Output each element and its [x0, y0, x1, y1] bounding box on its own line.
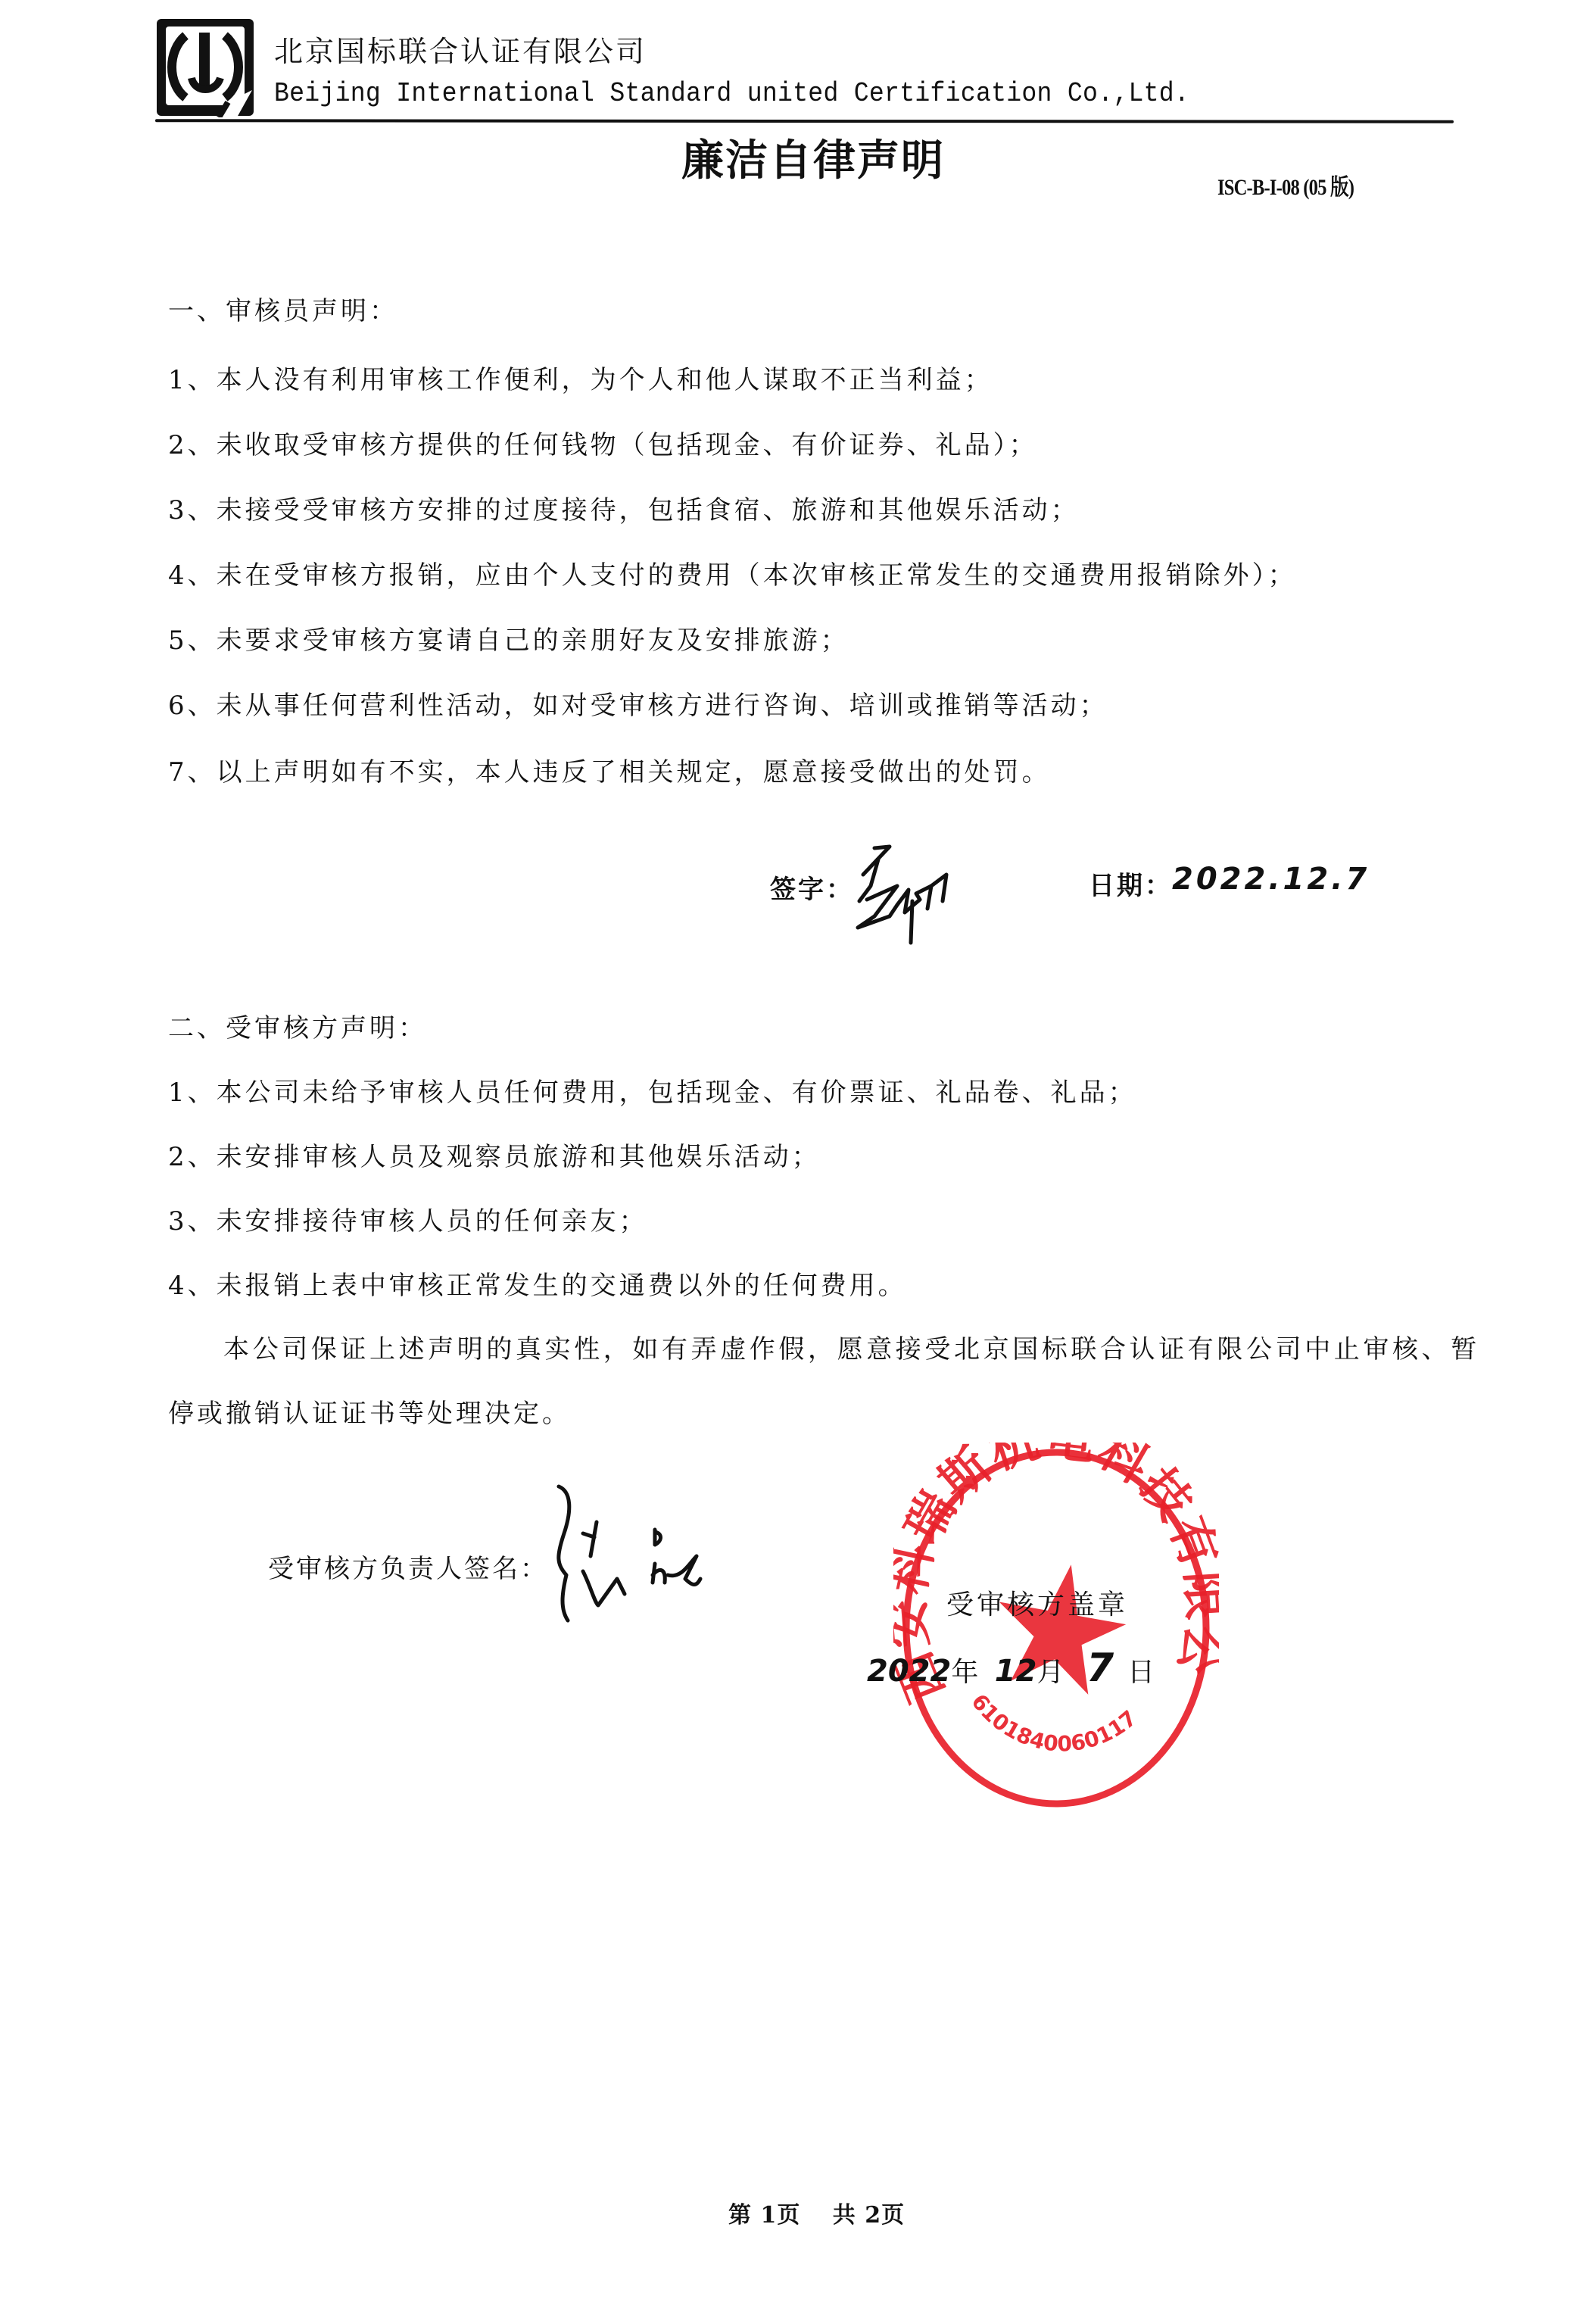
auditor-item: 6、未从事任何营利性活动，如对受审核方进行咨询、培训或推销等活动；	[168, 689, 1108, 722]
page-number: 第 1页 共 2页	[728, 2201, 905, 2231]
stamp-date: 2022年 12月 7日	[867, 1649, 1155, 1692]
handwritten-signature-icon	[553, 1480, 727, 1632]
isc-logo-icon	[155, 17, 255, 117]
auditee-section-heading: 二、受审核方声明：	[168, 1012, 427, 1045]
svg-text:6101840060117: 6101840060117	[967, 1689, 1142, 1757]
red-company-seal-icon: 西安科瑞斯机电科技有限公司 6101840060117	[893, 1443, 1219, 1814]
auditor-section-heading: 一、审核员声明：	[168, 295, 398, 328]
auditor-item: 5、未要求受审核方宴请自己的亲朋好友及安排旅游；	[168, 624, 849, 657]
stamp-date-month: 12	[995, 1654, 1037, 1689]
auditor-item: 4、未在受审核方报销，应由个人支付的费用（本次审核正常发生的交通费用报销除外）；	[168, 559, 1297, 592]
auditee-item: 3、未安排接待审核人员的任何亲友；	[168, 1205, 648, 1238]
auditee-item: 1、本公司未给予审核人员任何费用，包括现金、有价票证、礼品卷、礼品；	[168, 1076, 1137, 1109]
auditor-item: 2、未收取受审核方提供的任何钱物（包括现金、有价证券、礼品）；	[168, 429, 1038, 462]
stamp-date-day: 7	[1086, 1645, 1114, 1691]
stamp-date-year-unit: 年	[951, 1657, 978, 1688]
auditor-date-value: 2022.12.7	[1172, 862, 1370, 897]
seal-number: 6101840060117	[967, 1689, 1142, 1757]
document-code: ISC-B-I-08 (05 版)	[1217, 173, 1354, 203]
auditee-guarantee-paragraph-line1: 本公司保证上述声明的真实性，如有弄虚作假，愿意接受北京国标联合认证有限公司中止审…	[223, 1333, 1480, 1366]
auditor-item: 1、本人没有利用审核工作便利，为个人和他人谋取不正当利益；	[168, 363, 993, 397]
company-name-cn: 北京国标联合认证有限公司	[274, 33, 647, 70]
auditee-item: 2、未安排审核人员及观察员旅游和其他娱乐活动；	[168, 1140, 821, 1174]
stamp-date-month-unit: 月	[1036, 1657, 1064, 1688]
auditee-guarantee-paragraph-line2: 停或撤销认证证书等处理决定。	[168, 1397, 571, 1430]
signature-label: 签字：	[770, 873, 854, 906]
stamp-date-day-unit: 日	[1127, 1657, 1155, 1688]
handwritten-signature-icon	[852, 841, 962, 950]
stamp-label: 受审核方盖章	[946, 1589, 1128, 1622]
page-title: 廉洁自律声明	[681, 135, 945, 188]
date-label: 日期：	[1089, 869, 1173, 903]
auditor-item: 7、以上声明如有不实，本人违反了相关规定，愿意接受做出的处罚。	[168, 756, 1051, 789]
auditee-item: 4、未报销上表中审核正常发生的交通费以外的任何费用。	[168, 1269, 907, 1302]
responsible-signature-label: 受审核方负责人签名：	[268, 1552, 548, 1586]
company-name-en: Beijing International Standard united Ce…	[274, 79, 1189, 109]
header-divider	[155, 119, 1454, 123]
stamp-date-year: 2022	[867, 1654, 951, 1689]
auditor-item: 3、未接受受审核方安排的过度接待，包括食宿、旅游和其他娱乐活动；	[168, 494, 1080, 527]
